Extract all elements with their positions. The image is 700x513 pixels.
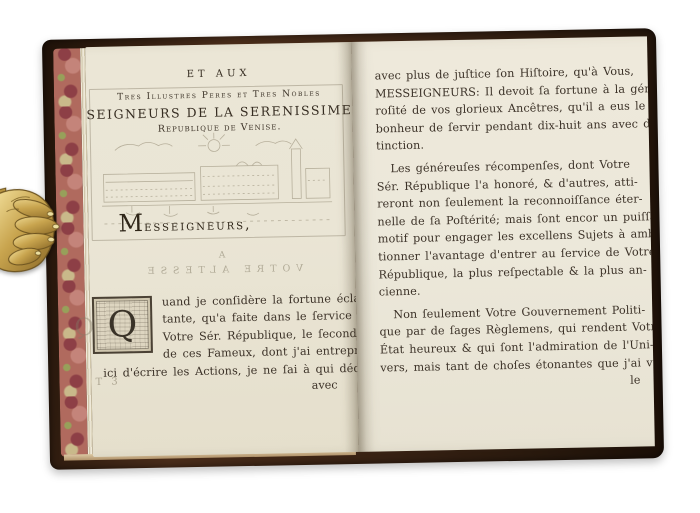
hand-icon: [0, 180, 65, 280]
text-line: ici d'écrire les Actions, je ne ſai à qu…: [103, 362, 376, 380]
right-page-text-column: avec plus de juſtice ſon Hiſtoire, qu'à …: [375, 62, 647, 394]
brass-hand-holder: [0, 180, 65, 280]
open-book: ET AUX Tres Illustres Peres et Tres Nobl…: [42, 28, 664, 470]
showthrough-initial-q: Q: [74, 313, 94, 341]
text-line: tinction.: [376, 133, 642, 156]
text-line: cienne.: [379, 279, 645, 302]
signature-mark: T 3: [95, 376, 120, 387]
text-line: uand je conſidère la fortune écla-: [162, 292, 364, 309]
paragraph: Les généreuſes récompenſes, dont Votre S…: [376, 155, 645, 301]
showthrough-text-votre-altesse: VOTRE ALTESSE: [89, 262, 355, 278]
left-page: ET AUX Tres Illustres Peres et Tres Nobl…: [85, 42, 359, 457]
right-page: avec plus de juſtice ſon Hiſtoire, qu'à …: [351, 36, 655, 452]
book-photograph: ET AUX Tres Illustres Peres et Tres Nobl…: [0, 0, 700, 513]
showthrough-text-a: A: [89, 248, 355, 263]
woodcut-initial-block: Q: [92, 296, 153, 354]
paragraph: Non ſeulement Votre Gouvernement Politi-…: [379, 301, 646, 376]
text-line: Votre Sér. République, le ſecond: [163, 327, 357, 344]
paragraph: avec plus de juſtice ſon Hiſtoire, qu'à …: [375, 62, 643, 155]
catchword-left: avec: [312, 378, 338, 391]
drop-cap-letter: Q: [107, 307, 137, 344]
dedication-heading-line1: ET AUX: [86, 66, 352, 82]
text-line: tante, qu'a faite dans le ſervice de: [162, 309, 371, 326]
text-line: de ces Fameux, dont j'ai entrepris: [163, 344, 369, 361]
salutation: Messeigneurs,: [118, 207, 251, 238]
